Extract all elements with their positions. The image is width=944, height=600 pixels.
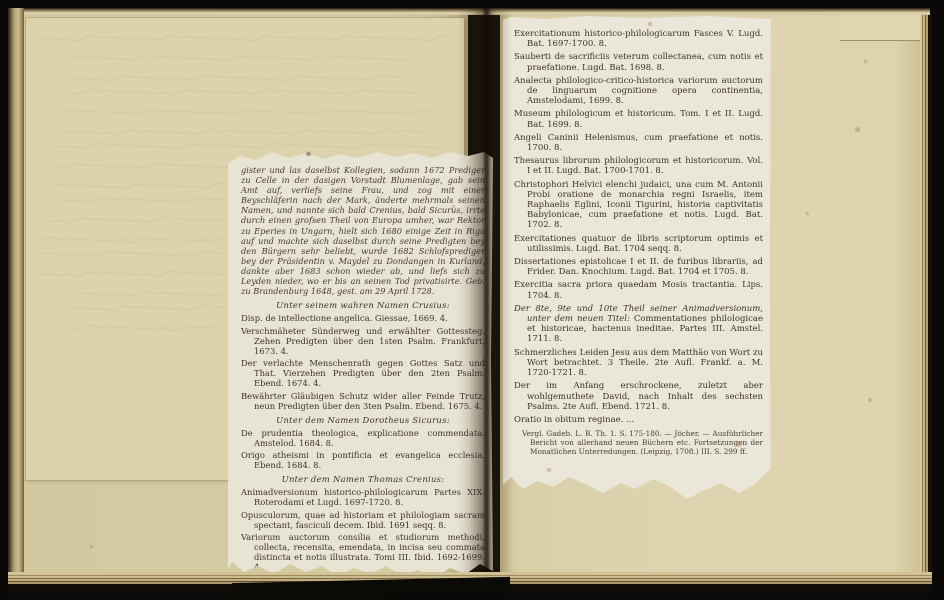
- left-clipping: gister und las daselbst Kollegien, sodan…: [228, 150, 493, 578]
- bibliography-sections: Unter seinem wahren Namen Crusius:Disp. …: [241, 300, 485, 585]
- bibliography-entry: Schmerzliches Leiden Jesu aus dem Matthä…: [514, 348, 763, 379]
- bibliography-entry: Disp. de intellectione angelica. Giessae…: [241, 313, 485, 323]
- bibliography-entry: Analecta philologico-critico-historica v…: [514, 76, 763, 107]
- section-header: Unter seinem wahren Namen Crusius:: [241, 300, 485, 310]
- biography-paragraph: gister und las daselbst Kollegien, sodan…: [241, 165, 485, 296]
- foxing-speck: [868, 398, 872, 402]
- bibliography-entry: Der verlachte Menschenrath gegen Gottes …: [241, 358, 485, 388]
- under-page-corner: [840, 15, 928, 41]
- foxing-speck: [736, 442, 742, 447]
- foxing-speck: [806, 212, 809, 215]
- right-clipping: Exercitationum historico-philologicarum …: [503, 16, 771, 500]
- bibliography-entry: Origo atheismi in pontificia et evangeli…: [241, 450, 485, 470]
- reference-footnote: Vergl. Gadeb. L. B. Th. 1. S. 175-180. —…: [514, 430, 763, 456]
- foxing-speck: [306, 152, 311, 156]
- bibliography-entry: Animadversionum historico-philologicarum…: [241, 487, 485, 507]
- bibliography-entry: Thesaurus librorum philologicorum et his…: [514, 156, 763, 176]
- bibliography-entry: Angeli Caninii Helenismus, cum praefatio…: [514, 133, 763, 153]
- page-edge-top: [24, 8, 930, 15]
- bibliography-entry: Der im Anfang erschrockene, zuletzt aber…: [514, 381, 763, 412]
- bibliography-entry: Exercitia sacra priora quaedam Mosis tra…: [514, 280, 763, 300]
- bibliography-entry: Verschmäheter Sünderweg und erwählter Go…: [241, 326, 485, 356]
- book-spread: gister und las daselbst Kollegien, sodan…: [0, 0, 944, 600]
- bibliography-entry: Dissertationes epistolicae I et II. de f…: [514, 257, 763, 277]
- foxing-speck: [547, 468, 551, 472]
- bibliography-entry: Bewährter Gläubigen Schutz wider aller F…: [241, 391, 485, 411]
- foxing-speck: [864, 60, 867, 63]
- foxing-speck: [90, 545, 93, 548]
- bibliography-entry: De prudentia theologica, explicatione co…: [241, 428, 485, 448]
- bibliography-entry: Exercitationum historico-philologicarum …: [514, 29, 763, 49]
- section-header: Unter dem Namen Dorotheus Sicurus:: [241, 415, 485, 425]
- page-edge-stack-right: [920, 14, 932, 584]
- bibliography-entry: Christophori Helvici elenchi judaici, un…: [514, 180, 763, 231]
- bibliography-entry: Sauberti de sacrificiis veterum collecta…: [514, 52, 763, 72]
- bibliography-entry: Der 8te, 9te und 10te Theil seiner Anima…: [514, 304, 763, 345]
- bibliography-entry: Museum philologicum et historicum. Tom. …: [514, 109, 763, 129]
- bibliography-entry: Oratio in obitum reginae. ...: [514, 415, 763, 425]
- foxing-speck: [855, 127, 860, 132]
- bibliography-entry: Variorum auctorum consilia et studiorum …: [241, 532, 485, 572]
- bibliography-entry: Opusculorum, quae ad historiam et philol…: [241, 510, 485, 530]
- foxing-speck: [648, 22, 652, 26]
- bibliography-entry: Exercitationes quatuor de libris scripto…: [514, 234, 763, 254]
- foxing-speck: [452, 205, 455, 208]
- section-header: Unter dem Namen Thomas Crenius:: [241, 474, 485, 484]
- bibliography-list: Exercitationum historico-philologicarum …: [514, 29, 763, 425]
